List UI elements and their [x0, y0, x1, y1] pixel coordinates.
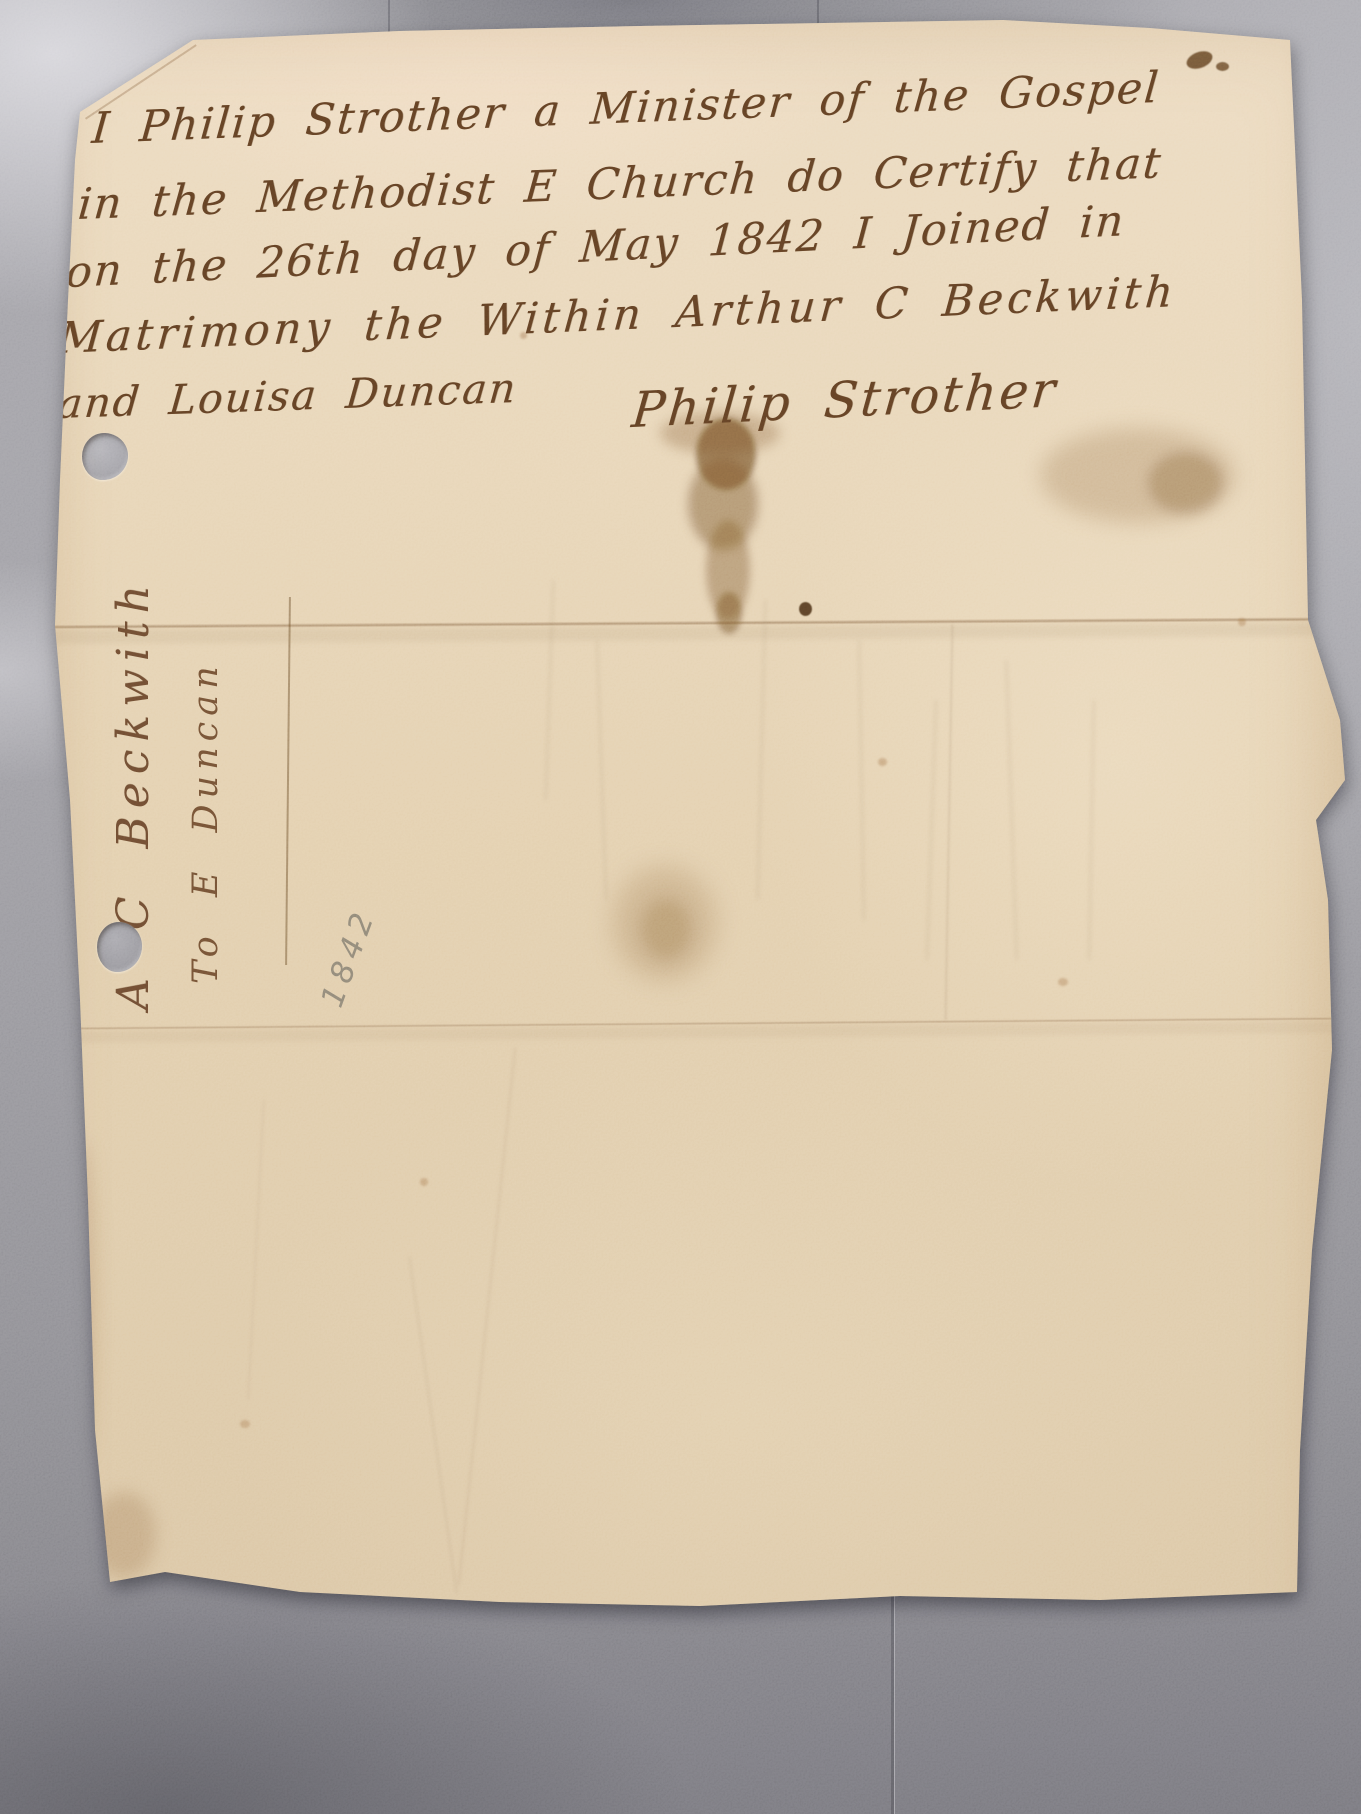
paper-shadow-wrap: I Philip Strother a Minister of the Gosp… — [0, 0, 1361, 1814]
docket-rule-line — [285, 597, 291, 965]
wrinkle-line — [408, 1257, 457, 1594]
fold-crease-lower-shadow — [55, 1021, 1335, 1043]
fox-spot — [420, 1178, 428, 1186]
ink-blot-top-right — [1184, 48, 1215, 72]
ink-showthrough — [756, 600, 767, 900]
document-paper: I Philip Strother a Minister of the Gosp… — [0, 0, 1361, 1814]
ink-showthrough — [925, 700, 937, 960]
smudge-near-signature — [1040, 428, 1235, 523]
fox-spot — [1058, 978, 1068, 986]
punch-hole-top — [82, 433, 128, 480]
ink-speck — [799, 602, 812, 616]
smudge-near-signature — [1148, 452, 1223, 514]
body-line-5: and Louisa Duncan — [56, 364, 520, 428]
ink-showthrough — [544, 580, 555, 800]
wrinkle-line — [458, 1047, 516, 1584]
body-line-1: I Philip Strother a Minister of the Gosp… — [90, 63, 1162, 154]
stain-left-edge — [64, 1140, 96, 1460]
signature-philip-strother: Philip Strother — [629, 361, 1060, 439]
pencil-year-annotation: 1842 — [314, 840, 412, 1014]
fold-crease-lower — [55, 1017, 1335, 1030]
ink-stain-main — [688, 458, 758, 550]
wrinkle-line — [247, 1100, 265, 1400]
ink-showthrough — [1005, 660, 1018, 960]
stain-middle — [612, 866, 717, 981]
fox-spot — [240, 1420, 250, 1428]
stain-bottom-left — [92, 1492, 156, 1578]
ink-showthrough — [1088, 700, 1096, 960]
fox-spot — [878, 758, 887, 766]
ink-blot-top-right — [1216, 62, 1229, 71]
wrinkle-line — [945, 624, 954, 1020]
docket-line-2: To E Duncan — [173, 540, 239, 1010]
stain-middle — [640, 898, 692, 960]
ink-stain-main — [706, 520, 750, 620]
fox-spot — [1238, 618, 1246, 626]
photo-of-document: I Philip Strother a Minister of the Gosp… — [0, 0, 1361, 1814]
ink-showthrough — [858, 640, 866, 920]
ink-showthrough — [595, 640, 607, 900]
ink-stain-main — [716, 592, 742, 634]
